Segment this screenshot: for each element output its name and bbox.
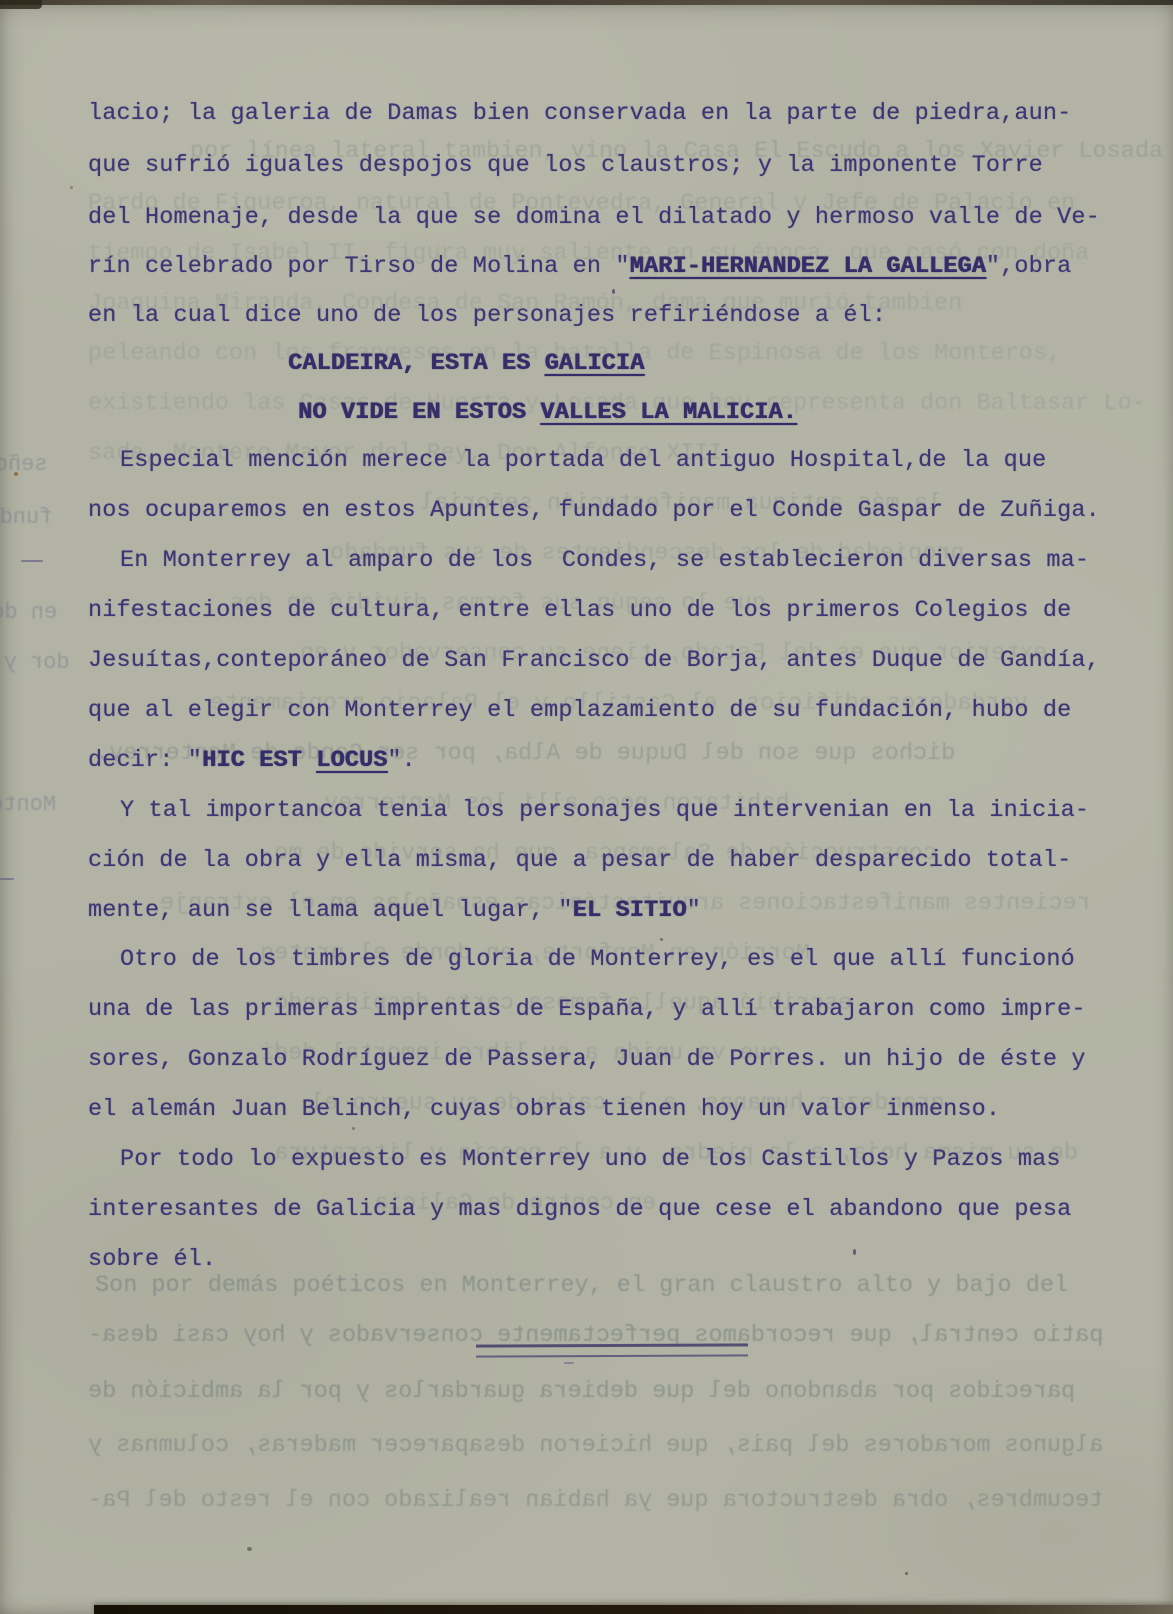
text-segment: Jesuítas,conteporáneo de San Francisco d…: [88, 647, 1100, 674]
text-line: del Homenaje, desde la que se domina el …: [88, 204, 1100, 232]
text-segment: del Homenaje, desde la que se domina el …: [88, 204, 1100, 231]
text-segment: ",obra: [986, 253, 1072, 280]
scan-bottom-edge: [94, 1605, 1173, 1614]
ink-speck: [21, 560, 43, 562]
margin-bleedthrough-fragment: en dos: [0, 600, 57, 625]
margin-bleedthrough-fragment: Monterrey.: [0, 792, 56, 817]
text-line: nos ocuparemos en estos Apuntes, fundado…: [88, 497, 1100, 525]
ink-speck: [853, 1249, 856, 1255]
text-segment: en la cual dice uno de los personajes re…: [88, 302, 886, 329]
text-line: CALDEIRA, ESTA ES GALICIA: [288, 350, 644, 378]
text-line: nifestaciones de cultura, entre ellas un…: [88, 597, 1071, 625]
ink-speck: [564, 1362, 574, 1364]
text-line: Otro de los timbres de gloria de Monterr…: [120, 946, 1075, 974]
emphasized-text: EL SITIO: [573, 897, 687, 924]
text-segment: Por todo lo expuesto es Monterrey uno de…: [120, 1146, 1061, 1173]
ink-speck: [0, 878, 14, 880]
bleedthrough-line: tecumbres, obra destructora que ya habia…: [88, 1487, 1103, 1515]
text-segment: nifestaciones de cultura, entre ellas un…: [88, 597, 1071, 624]
text-segment: decir: ": [88, 747, 202, 774]
text-line: decir: "HIC EST LOCUS".: [88, 747, 416, 775]
text-segment: ción de la obra y ella misma, que a pesa…: [88, 847, 1071, 874]
ink-speck: [905, 1572, 908, 1575]
text-line: Y tal importancoa tenia los personajes q…: [120, 797, 1089, 825]
text-segment: Especial mención merece la portada del a…: [120, 447, 1046, 474]
ink-speck: [352, 1127, 355, 1130]
text-segment: En Monterrey al amparo de los Condes, se…: [120, 547, 1089, 574]
emphasized-text: VALLES LA MALICIA.: [540, 399, 797, 426]
emphasized-text: HIC EST: [202, 747, 316, 774]
margin-bleedthrough-fragment: fundado: [0, 505, 52, 530]
text-line: en la cual dice uno de los personajes re…: [88, 302, 886, 330]
text-line: que sufrió iguales despojos que los clau…: [88, 152, 1043, 180]
emphasized-text: LOCUS: [316, 747, 387, 774]
text-segment: Y tal importancoa tenia los personajes q…: [120, 797, 1089, 824]
text-segment: lacio; la galeria de Damas bien conserva…: [88, 100, 1071, 127]
text-segment: Otro de los timbres de gloria de Monterr…: [120, 946, 1075, 973]
bleedthrough-line: algunos moradores del pais, que hicieron…: [88, 1432, 1103, 1460]
text-segment: rín celebrado por Tirso de Molina en ": [88, 253, 630, 280]
ink-speck: [70, 186, 73, 189]
text-segment: sores, Gonzalo Rodríguez de Passera, Jua…: [88, 1046, 1086, 1073]
margin-bleedthrough-fragment: señorial: [0, 452, 48, 477]
emphasized-text: MARI-HERNANDEZ LA GALLEGA: [630, 253, 986, 280]
margin-bleedthrough-fragment: dor y en: [0, 650, 70, 675]
emphasized-text: CALDEIRA, ESTA ES: [288, 350, 545, 377]
emphasized-text: GALICIA: [545, 350, 645, 377]
text-line: mente, aun se llama aquel lugar, "EL SIT…: [88, 897, 701, 925]
text-segment: mente, aun se llama aquel lugar, ": [88, 897, 573, 924]
text-segment: que sufrió iguales despojos que los clau…: [88, 152, 1043, 179]
text-line: una de las primeras imprentas de España,…: [88, 996, 1086, 1024]
text-segment: que al elegir con Monterrey el emplazami…: [88, 697, 1071, 724]
text-segment: ": [687, 897, 701, 924]
text-line: que al elegir con Monterrey el emplazami…: [88, 697, 1071, 725]
bleedthrough-line: parecidos por abandono del que debiera g…: [88, 1378, 1075, 1406]
text-line: lacio; la galeria de Damas bien conserva…: [88, 100, 1071, 128]
emphasized-text: NO VIDE EN ESTOS: [298, 399, 540, 426]
text-line: el alemán Juan Belinch, cuyas obras tien…: [88, 1096, 1000, 1124]
scan-top-edge: [0, 0, 1173, 5]
text-segment: el alemán Juan Belinch, cuyas obras tien…: [88, 1096, 1000, 1123]
text-segment: una de las primeras imprentas de España,…: [88, 996, 1086, 1023]
text-line: sobre él.: [88, 1246, 216, 1274]
text-segment: sobre él.: [88, 1246, 216, 1273]
ink-speck: [660, 938, 663, 941]
text-line: Jesuítas,conteporáneo de San Francisco d…: [88, 647, 1100, 675]
text-line: En Monterrey al amparo de los Condes, se…: [120, 547, 1089, 575]
text-line: rín celebrado por Tirso de Molina en "MA…: [88, 253, 1071, 281]
text-line: Especial mención merece la portada del a…: [120, 447, 1046, 475]
text-line: ción de la obra y ella misma, que a pesa…: [88, 847, 1071, 875]
bleedthrough-line: Son por demás poéticos en Monterrey, el …: [95, 1272, 1068, 1300]
scan-top-left-corner: [0, 0, 42, 9]
text-line: interesantes de Galicia y mas dignos de …: [88, 1196, 1071, 1224]
text-segment: interesantes de Galicia y mas dignos de …: [88, 1196, 1071, 1223]
text-line: sores, Gonzalo Rodríguez de Passera, Jua…: [88, 1046, 1086, 1074]
double-underline-mark: [476, 1343, 748, 1357]
text-line: NO VIDE EN ESTOS VALLES LA MALICIA.: [298, 399, 797, 427]
ink-speck: [247, 1547, 252, 1551]
text-segment: nos ocuparemos en estos Apuntes, fundado…: [88, 497, 1100, 524]
scanned-page: por línea lateral tambien, vino la Casa …: [0, 0, 1173, 1614]
ink-speck: [14, 472, 18, 476]
text-segment: ".: [387, 747, 416, 774]
text-line: Por todo lo expuesto es Monterrey uno de…: [120, 1146, 1061, 1174]
ink-speck: [612, 289, 615, 294]
